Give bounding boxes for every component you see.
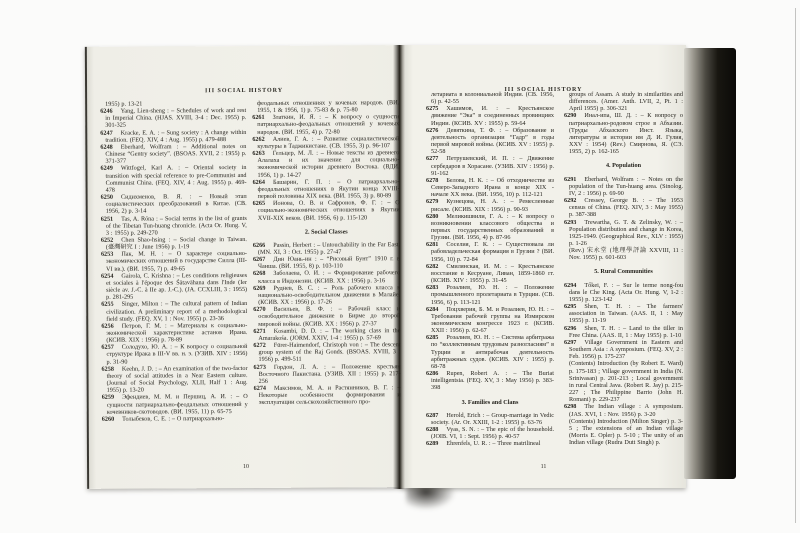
entry-text: Vyas, S. N. : – The epic of the househol… — [431, 426, 554, 440]
entry-number: 6285 — [426, 334, 438, 341]
bib-entry: 6294Tőkei, F. : – Sur le terme nong-fou … — [564, 282, 683, 303]
entry-number: 6250 — [101, 194, 113, 201]
entry-number: 6246 — [100, 108, 112, 115]
entry-text: Златкин, И. Я. : – К вопросу о сущности … — [257, 113, 399, 135]
entry-text: Васильев, В. Ф. : – Рабочий класс и осво… — [258, 305, 400, 327]
entry-text: Розалиев, Ю. Н. : – Система арбитража по… — [431, 334, 554, 370]
entry-number: 6255 — [101, 301, 113, 308]
bib-entry: 6249Wittfogel, Karl A. : – Oriental soci… — [100, 164, 246, 193]
entry-text: Гельцер, М. Л. : – Новые тексты из древн… — [257, 149, 399, 178]
bib-entry: 6266Passin, Herbert : – Untouchability i… — [253, 241, 400, 256]
section-heading: 2. Social Classes — [253, 228, 400, 236]
entry-text: 1955) p. 13-21 — [105, 101, 142, 108]
entry-note: (Rev.) 宋永堂 (地理學評論 XXVIII, 11 : Nov. 1955… — [564, 247, 683, 261]
bib-entry: 6298The Indian village : A symposium. (J… — [564, 403, 683, 417]
bib-entry: 6271Kosambi, D. D. : – The working class… — [253, 327, 400, 342]
right-page-column-2: groups of Assam. A study in similarities… — [564, 91, 683, 465]
bib-entry: 6264Башарин, Г. П. : – О патриархально-ф… — [253, 178, 400, 200]
entry-text: Толыбеков, С. Е. : – О патриархально- — [122, 415, 224, 423]
bib-entry: 6284Поцхверия, Б. М. и Розалиев, Ю. Н. :… — [426, 306, 554, 335]
entry-text: Солодухо, Ю. А. : – К вопросу о социальн… — [106, 343, 247, 365]
entry-number: 6298 — [564, 403, 576, 410]
entry-number: 6249 — [100, 165, 112, 172]
entry-text: Kracke, E. A. : – Sung society : A chang… — [105, 129, 246, 144]
entry-text: Гордон, Л. А. : – Положение крестьян Вос… — [259, 363, 401, 385]
bib-entry: 6251Tas, A. Róna : – Social terms in the… — [101, 214, 247, 236]
bib-entry: 6288Vyas, S. N. : – The epic of the hous… — [426, 426, 554, 440]
entry-continuation: феодальных отношениях у кочевых народов.… — [252, 99, 399, 114]
entry-number: 6275 — [426, 105, 438, 112]
entry-number: 6289 — [426, 440, 438, 447]
bib-entry: 6272Fürer-Haimendorf, Christoph von : – … — [253, 341, 400, 363]
section-heading: 4. Population — [564, 162, 683, 169]
entry-text: Заболаева, О. И. : – Формирование рабоче… — [258, 270, 400, 285]
entry-text: Эфендиев, М. М. и Першиц, А. И. : – О су… — [107, 393, 248, 415]
entry-number: 6270 — [253, 306, 265, 313]
entry-text: Village Government in Eastern and Southe… — [569, 339, 683, 360]
entry-number: 6283 — [426, 284, 438, 291]
bib-entry: 6252Chen Shao-hsing : – Social change in… — [101, 236, 247, 251]
bib-entry: 6296Shen, T. H. : – Land to the tiller i… — [564, 325, 683, 339]
entry-number: 6288 — [426, 426, 438, 433]
section-heading: 5. Rural Communities — [564, 268, 683, 275]
entry-text: Смилянская, И. М. : – Крестьянское восст… — [431, 263, 554, 284]
entry-text: (Contents) Introduction (by Robert E. Wa… — [569, 360, 683, 403]
entry-number: 6278 — [426, 177, 438, 184]
bib-entry: 6273Гордон, Л. А. : – Положение крестьян… — [254, 363, 401, 385]
bib-entry: 6270Васильев, В. Ф. : – Рабочий класс и … — [253, 305, 400, 327]
bib-entry: 6282Смилянская, И. М. : – Крестьянское в… — [426, 263, 554, 284]
entry-continuation: groups of Assam. A study in similarities… — [564, 91, 683, 112]
entry-number: 6254 — [101, 272, 113, 279]
bib-entry: 6254Gairola, C. Krishna : – Les conditio… — [101, 272, 247, 301]
bib-entry: 6250Сидихменов, В. Я. : – Новый этап соц… — [101, 193, 247, 215]
entry-number: 6292 — [564, 197, 576, 204]
bib-entry: 6290Инал-ипа, Ш. Д. : – К вопросу о патр… — [564, 112, 683, 155]
entry-number: 6266 — [253, 242, 265, 249]
entry-text: Пак, М. Н. : – О характере социально-эко… — [106, 250, 247, 272]
entry-number: 6260 — [102, 416, 114, 423]
entry-text: Kosambi, D. D. : – The working class in … — [258, 327, 400, 342]
entry-text: Chen Shao-hsing : – Social change in Tai… — [106, 236, 247, 251]
bib-entry: 6278Белова, Н. К. : – Об отходничестве и… — [426, 177, 554, 198]
entry-number: 6294 — [564, 282, 576, 289]
entry-text: Rupen, Robert A. : – The Buriat intellig… — [431, 370, 554, 391]
entry-number: 6265 — [253, 200, 265, 207]
bib-entry: 6247Kracke, E. A. : – Sung society : A c… — [100, 129, 246, 144]
entry-text: Поцхверия, Б. М. и Розалиев, Ю. Н. : – Т… — [431, 306, 554, 334]
right-page-column-1: летариата в колониальной Индии. (СВ. 195… — [426, 91, 554, 465]
entry-number: 6256 — [101, 323, 113, 330]
entry-text: (Contents) Introduction (Milton Singer) … — [569, 418, 683, 446]
entry-note: (Contents) Introduction (by Robert E. Wa… — [564, 360, 683, 403]
entry-number: 6282 — [426, 263, 438, 270]
entry-number: 6272 — [253, 342, 265, 349]
bib-entry: 6292Cressey, George B. : – The 1953 cens… — [564, 197, 683, 218]
entry-text: (Rev.) 宋永堂 (地理學評論 XXVIII, 11 : Nov. 1955… — [569, 247, 683, 261]
entry-text: Кузнецова, Н. А. : – Ремесленные рисале.… — [431, 198, 554, 212]
entry-number: 6293 — [564, 219, 576, 226]
entry-text: летариата в колониальной Индии. (СВ. 195… — [431, 91, 554, 105]
bib-entry: 6297Village Government in Eastern and So… — [564, 339, 683, 360]
entry-text: Eberhard, Wolfram : – Additional notes o… — [105, 143, 246, 165]
bib-entry: 6261Златкин, И. Я. : – К вопросу о сущно… — [252, 113, 399, 135]
entry-number: 6296 — [564, 325, 576, 332]
entry-number: 6295 — [564, 303, 576, 310]
entry-number: 6276 — [426, 127, 438, 134]
entry-number: 6287 — [426, 412, 438, 419]
bib-entry: 6268Заболаева, О. И. : – Формирование ра… — [253, 270, 400, 285]
bib-entry: 6293Trewartha, G. T. & Zelinsky, W. : – … — [564, 219, 683, 248]
entry-number: 6286 — [426, 370, 438, 377]
entry-number: 6280 — [426, 213, 438, 220]
entry-text: Руднев, В. С. : – Роль рабочего класса в… — [258, 284, 400, 306]
entry-number: 6277 — [426, 155, 438, 162]
entry-number: 6257 — [101, 344, 113, 351]
entry-number: 6291 — [564, 176, 576, 183]
entry-text: Herold, Erich : – Group-marriage in Vedi… — [431, 412, 554, 426]
bib-entry: 6260Толыбеков, С. Е. : – О патриархально… — [102, 415, 248, 423]
entry-text: The Indian village : A symposium. (JAS. … — [569, 403, 683, 417]
entry-number: 6251 — [101, 215, 113, 222]
page-number-right: 11 — [401, 464, 686, 470]
entry-number: 6274 — [254, 385, 266, 392]
entry-number: 6262 — [252, 136, 264, 143]
bib-entry: 6248Eberhard, Wolfram : – Additional not… — [100, 143, 246, 165]
entry-text: Алиев, Г. А. : – Развитие социалистическ… — [257, 135, 399, 150]
entry-text: Инал-ипа, Ш. Д. : – К вопросу о патриарх… — [569, 112, 683, 155]
entry-text: Девяткина, Т. Ф. : – Образование и деяте… — [431, 127, 554, 155]
bib-entry: 6262Алиев, Г. А. : – Развитие социалисти… — [252, 135, 399, 150]
entry-text: Хашимов, И. : – Крестьянское движение “Э… — [431, 105, 554, 126]
entry-number: 6264 — [253, 179, 265, 186]
left-page: III SOCIAL HISTORY 1955) p. 13-216246Yan… — [85, 45, 403, 489]
bib-entry: 6289Ehrenfels, U. R. : – Three matriline… — [426, 440, 554, 447]
bib-entry: 6259Эфендиев, М. М. и Першиц, А. И. : – … — [102, 393, 248, 415]
entry-text: Петров, Г. М. : – Материалы к социально-… — [106, 322, 247, 344]
bib-entry: 6269Руднев, В. С. : – Роль рабочего клас… — [253, 284, 400, 306]
bib-entry: 6255Singer, Milton : – The cultural patt… — [101, 300, 247, 322]
bib-entry: 6295Shen, T. H. : – The farmers' associa… — [564, 303, 683, 324]
entry-text: Eberhard, Wolfram : – Notes on the popul… — [569, 176, 683, 197]
entry-text: groups of Assam. A study in similarities… — [569, 91, 683, 112]
entry-text: Розалиев, Ю. Н. : – Положение промышленн… — [431, 284, 554, 305]
entry-text: Yang, Lien-sheng : – Schedules of work a… — [105, 107, 246, 129]
book-binding-gutter — [393, 45, 405, 489]
section-heading: 3. Families and Clans — [426, 399, 554, 406]
entry-number: 6261 — [252, 114, 264, 121]
entry-number: 6279 — [426, 198, 438, 205]
entry-text: Shen, T. H. : – The farmers' association… — [569, 303, 683, 324]
entry-text: Петрушевский, И. П. : – Движение сербеда… — [431, 155, 554, 176]
entry-text: Keehn, J. D. : – An examination of the t… — [107, 365, 248, 394]
entry-text: Белова, Н. К. : – Об отходничестве из Се… — [431, 177, 554, 198]
right-page: III SOCIAL HISTORY летариата в колониаль… — [401, 45, 686, 488]
bib-entry: 6279Кузнецова, Н. А. : – Ремесленные рис… — [426, 198, 554, 212]
entry-continuation: летариата в колониальной Индии. (СВ. 195… — [426, 91, 554, 105]
entry-number: 6252 — [101, 237, 113, 244]
entry-text: Tas, A. Róna : – Social terms in the lis… — [106, 214, 247, 236]
entry-number: 6258 — [102, 365, 114, 372]
entry-text: Дин Юань-ин : – “Рисовый Бунт” 1910 г. в… — [258, 255, 400, 270]
bib-entry: 6256Петров, Г. М. : – Материалы к социал… — [101, 322, 247, 344]
running-header-left: III SOCIAL HISTORY — [87, 87, 401, 95]
entry-text: Меликишвили, Г. А. : – К вопросу о возни… — [431, 213, 554, 241]
scan-edge-line — [795, 8, 796, 523]
entry-number: 6267 — [253, 256, 265, 263]
entry-text: Ионова, О. В. и Сафронов, Ф. Г. : – О со… — [258, 199, 400, 221]
bib-entry: 6257Солодухо, Ю. А. : – К вопросу о соци… — [101, 343, 247, 365]
entry-number: 6297 — [564, 339, 576, 346]
entry-number: 6281 — [426, 241, 438, 248]
bib-entry: 6253Пак, М. Н. : – О характере социально… — [101, 250, 247, 272]
entry-text: Trewartha, G. T. & Zelinsky, W. : – Popu… — [569, 219, 683, 247]
book-fore-edge — [684, 48, 736, 479]
entry-number: 6290 — [564, 112, 576, 119]
bib-entry: 6275Хашимов, И. : – Крестьянское движени… — [426, 105, 554, 126]
bib-entry: 6265Ионова, О. В. и Сафронов, Ф. Г. : – … — [253, 199, 400, 221]
entry-text: Соселия, Г. К. : – Существовала ли рабов… — [431, 241, 554, 262]
bib-entry: 6246Yang, Lien-sheng : – Schedules of wo… — [100, 107, 246, 129]
entry-text: Максимов, М. А. и Растянников, В. Г. : –… — [259, 384, 401, 406]
entry-number: 6263 — [252, 150, 264, 157]
entry-text: Tőkei, F. : – Sur le terme nong-fou dans… — [569, 282, 683, 303]
entry-number: 6259 — [102, 394, 114, 401]
bib-entry: 6263Гельцер, М. Л. : – Новые тексты из д… — [252, 149, 399, 178]
bib-entry: 6276Девяткина, Т. Ф. : – Образование и д… — [426, 127, 554, 156]
entry-note: (Contents) Introduction (Milton Singer) … — [564, 418, 683, 447]
entry-text: Passin, Herbert : – Untouchability in th… — [258, 241, 400, 256]
bib-entry: 6287Herold, Erich : – Group-marriage in … — [426, 412, 554, 426]
entry-text: феодальных отношениях у кочевых народов.… — [257, 99, 399, 114]
page-number-left: 10 — [89, 463, 403, 471]
entry-text: Shen, T. H. : – Land to the tiller in Fr… — [569, 325, 683, 339]
entry-text: Ehrenfels, U. R. : – Three matrilineal — [446, 440, 540, 447]
entry-text: Singer, Milton : – The cultural pattern … — [106, 300, 247, 322]
left-page-column-2: феодальных отношениях у кочевых народов.… — [252, 99, 401, 468]
bib-entry: 6291Eberhard, Wolfram : – Notes on the p… — [564, 176, 683, 197]
bib-entry: 6280Меликишвили, Г. А. : – К вопросу о в… — [426, 213, 554, 242]
entry-text: Wittfogel, Karl A. : – Oriental society … — [106, 164, 247, 193]
left-page-column-1: 1955) p. 13-216246Yang, Lien-sheng : – S… — [100, 100, 248, 469]
entry-number: 6247 — [100, 129, 112, 136]
entry-number: 6268 — [253, 270, 265, 277]
bib-entry: 6285Розалиев, Ю. Н. : – Система арбитраж… — [426, 334, 554, 370]
bib-entry: 6286Rupen, Robert A. : – The Buriat inte… — [426, 370, 554, 391]
entry-number: 6284 — [426, 306, 438, 313]
bib-entry: 6283Розалиев, Ю. Н. : – Положение промыш… — [426, 284, 554, 305]
bib-entry: 6267Дин Юань-ин : – “Рисовый Бунт” 1910 … — [253, 255, 400, 270]
entry-number: 6273 — [254, 363, 266, 370]
entry-text: Башарин, Г. П. : – О патриархально-феода… — [258, 178, 400, 200]
bib-entry: 6277Петрушевский, И. П. : – Движение сер… — [426, 155, 554, 176]
entry-text: Cressey, George B. : – The 1953 census o… — [569, 197, 683, 218]
entry-number: 6248 — [100, 144, 112, 151]
entry-number: 6271 — [253, 328, 265, 335]
bib-entry: 6281Соселия, Г. К. : – Существовала ли р… — [426, 241, 554, 262]
entry-text: Сидихменов, В. Я. : – Новый этап социали… — [106, 193, 247, 215]
bib-entry: 6274Максимов, М. А. и Растянников, В. Г.… — [254, 384, 401, 406]
entry-text: Gairola, C. Krishna : – Les conditions r… — [106, 272, 247, 301]
entry-text: Fürer-Haimendorf, Christoph von : – The … — [258, 341, 400, 363]
entry-number: 6253 — [101, 251, 113, 258]
bib-entry: 6258Keehn, J. D. : – An examination of t… — [102, 365, 248, 394]
entry-number: 6269 — [253, 285, 265, 292]
